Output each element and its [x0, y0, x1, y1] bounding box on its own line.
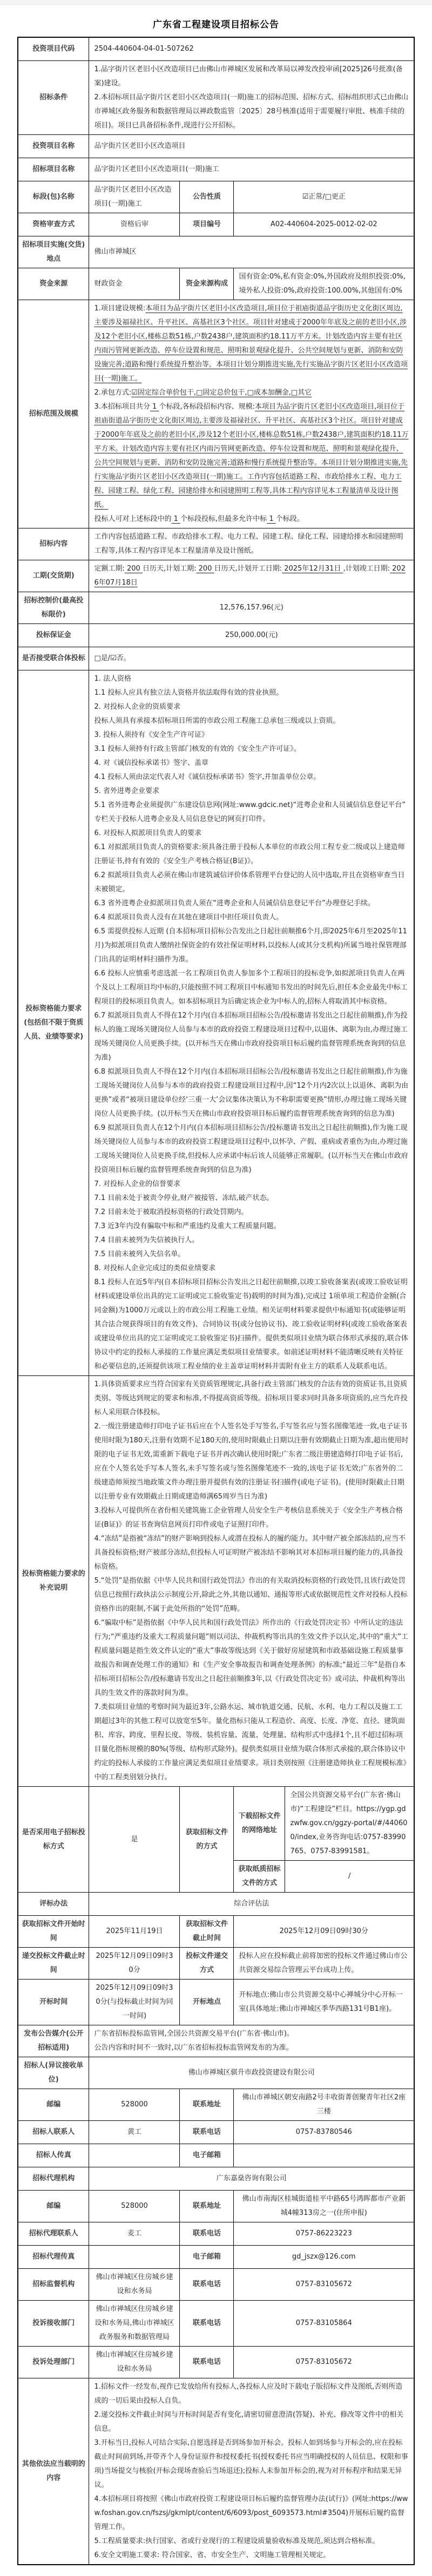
- paragraph: 投标人可对上述标段中的 1 个标段投标,但最多允许中标 1 个标段。: [94, 512, 409, 526]
- table-row: 邮编528000联系地址佛山市南海区桂城街道桂平中路65号鸿晖都市产业新城4幢3…: [18, 2191, 414, 2222]
- paragraph: 1.项目建设规模:本项目为品字街片区老旧小区改造项目,项目位于祖庙街道品字街历史…: [94, 302, 409, 386]
- row-value: 广东省招标投标监管网,全国公共资源交易平台(广东省·佛山市)。公告内容和时间不一…: [89, 2025, 414, 2057]
- text-segment: 投标人须具有承接本招标项目所需的市政公用工程施工总承包三级或以上资质。: [94, 717, 340, 725]
- row-label-2: 公告性质: [180, 181, 234, 213]
- announcement-table: 投资项目代码2504-440604-04-01-507262招标条件1.品字街片…: [17, 37, 415, 2565]
- row-label: 递交投标文件截止时间: [18, 1948, 89, 1980]
- row-value: 品字街片区老旧小区改造项目(一期)施工: [89, 181, 180, 213]
- paragraph: 2. 对投标人企业的资质要求: [94, 700, 409, 714]
- row-label: 招标人联系人: [18, 2121, 89, 2144]
- text-segment: 7.3 近3年内没有骗取中标和严重违约及重大工程质量问题。: [94, 1222, 280, 1230]
- text-segment: 6.6 投标人应慎重考虑选派一名工程项目负责人参加多个工程项目的投标竞争,如拟派…: [94, 970, 407, 1006]
- paragraph: 7.类似项目业绩的考察时间为最近3年,公路水运、城市轨道交通、民航、水利、电力工…: [94, 1700, 409, 1785]
- paragraph: 8.1 投标人在近5年内(自本招标项目招标公告发出之日起往前顺推,以竣工验收备案…: [94, 1276, 409, 1374]
- text-segment: 日历天,计划开工日期:: [214, 565, 282, 573]
- table-row: 递交投标文件截止时间2025年12月09日09时30分投标文件递交方式投标人应在…: [18, 1948, 414, 1980]
- table-row: 投资项目名称品字街片区老旧小区改造项目: [18, 135, 414, 158]
- text-segment: 5.1 省外进粤企业须提供广东建设信息网(网址:www.gdcic.net)“进…: [94, 801, 406, 823]
- paragraph: 定额工期: 200 日历天,计划工期: 200 日历天,计划开工日期: 2025…: [94, 562, 409, 590]
- text-segment: 广东省招标投标监管网,全国公共资源交易平台(广东省·佛山市)。: [94, 2030, 293, 2038]
- row-label-2: 联系电话: [180, 2269, 234, 2301]
- paragraph: 3.开标当日,投标人可结合实际,自愿选择是否到场参加开标会。投标人如到场参与开标…: [94, 2436, 409, 2492]
- table-row: 资金来源财政资金资金来源构成国有资金:0%,私有资金:0%,外国政府及组织投资:…: [18, 268, 414, 300]
- table-row: 招标控制价(最高投标限价)12,576,157.96(元): [18, 592, 414, 624]
- text-segment: 6.8 拟派项目负责人不得在12个月内(自本招标项目招标公告/投标邀请书发出之日…: [94, 1068, 408, 1118]
- row-value: 工作内容包括道路工程、市政给排水工程、电力工程、园建工程、绿化工程、园建给排水和…: [89, 528, 414, 560]
- paragraph: 3. 投标人须持有《安全生产许可证》: [94, 728, 409, 742]
- row-label: 招标代理传真: [18, 2246, 89, 2269]
- table-row: 评标办法综合评估法: [18, 1893, 414, 1916]
- underlined-text: ☑固定综合单价包干,□固定总价包干,□成本加酬金,□其它: [131, 389, 312, 397]
- row-label: 发布公告媒介(公开招标适用): [18, 2025, 89, 2057]
- sub-row: 获取纸质招标文件的方式/: [234, 1861, 414, 1893]
- subrow-label: 获取纸质招标文件的方式: [234, 1861, 285, 1893]
- table-row: 资格审查方式资格后审项目编号A02-440604-2025-0012-02-02: [18, 213, 414, 236]
- subrow-label: 下载招标文件的网络地址: [234, 1787, 285, 1861]
- text-segment: 7.4 目前未被列为失信被执行人。: [94, 1236, 199, 1244]
- underlined-text: 1: [267, 515, 276, 523]
- row-value: 528000: [89, 2089, 180, 2121]
- row-value: 1. 法人资格1.1 投标人应具有独立法人资格并依法取得有效的营业执照。2. 对…: [89, 670, 414, 1376]
- text-segment: 5.工程质量要求:执行国家、省或行业现行的工程建设质量验收标准及规范,须达到合格…: [94, 2537, 379, 2545]
- text-segment: 1.招标文件一经发布,视作已发放给所有投标人,各投标人应及时下载电子版招标文件及…: [94, 2383, 402, 2405]
- paragraph: 5.1 省外进粤企业须提供广东建设信息网(网址:www.gdcic.net)“进…: [94, 798, 409, 826]
- row-label: 招标项目实施(交货)地点: [18, 236, 89, 268]
- paragraph: 5. 省外进粤企业要求: [94, 784, 409, 798]
- paragraph: 2.承包方式:☑固定综合单价包干,□固定总价包干,□成本加酬金,□其它: [94, 386, 409, 400]
- text-segment: 6.9 拟派项目负责人在12个月内(自本招标项目招标公告/投标邀请书发出之日起往…: [94, 1124, 408, 1174]
- row-value: 12,576,157.96(元): [89, 592, 414, 624]
- text-segment: 4.1 投标人须由法定代表人对《诚信投标承诺书》签字,并加盖单位公章。: [94, 773, 320, 781]
- table-row: 是否采用电子招标投标方式是获取招标文件的方式下载招标文件的网络地址全国公共资源交…: [18, 1787, 414, 1893]
- row-label-2: 资金来源构成: [180, 268, 234, 300]
- row-value: 佛山市禅城区住房城乡建设和水务局: [89, 2347, 180, 2378]
- underlined-text: 本项目为品字街片区老旧小区改造项目,项目位于祖庙街道品字街历史文化街区周边,主要…: [94, 304, 408, 383]
- underlined-text: 200: [125, 565, 143, 573]
- row-label-2: 联系电话: [180, 2347, 234, 2378]
- table-row: 招标代理机构广东嘉燊咨询有限公司: [18, 2167, 414, 2191]
- row-value: 是: [89, 1787, 180, 1893]
- row-value: 250,000.00(元): [89, 624, 414, 647]
- paragraph: 7.4 目前未被列为失信被执行人。: [94, 1233, 409, 1248]
- table-row: 工期(交货期)定额工期: 200 日历天,计划工期: 200 日历天,计划开工日…: [18, 560, 414, 592]
- table-row: 获取招标文件开始时间2025年11月19日获取招标文件截止时间2025年12月0…: [18, 1916, 414, 1948]
- text-segment: 7. 对投标人企业的信誉要求: [94, 1180, 180, 1188]
- sub-row: 下载招标文件的网络地址全国公共资源交易平台(广东省·佛山市)“工程建设”栏目。h…: [234, 1787, 414, 1861]
- paragraph: 公告内容和时间不一致时,以广东省招标投标监管网发布的为准。: [94, 2041, 409, 2055]
- paragraph: 1.招标文件一经发布,视作已发放给所有投标人,各投标人应及时下载电子版招标文件及…: [94, 2380, 409, 2408]
- table-row: 邮编528000联系地址佛山市禅城区朝安南路2号丰收街菁创聚青年社区2座三楼: [18, 2089, 414, 2121]
- text-segment: 8.1 投标人在近5年内(自本招标项目招标公告发出之日起往前顺推,以竣工验收备案…: [94, 1278, 408, 1371]
- text-segment: 6. 对投标人拟派项目负责人的要求: [94, 829, 201, 837]
- paragraph: 6.“骗取中标”是指依据《中华人民共和国行政处罚法》所作出的《行政处罚决定书》中…: [94, 1616, 409, 1700]
- top-strip: [0, 0, 432, 5]
- row-value: 财政资金: [89, 268, 180, 300]
- paragraph: 6.5 需提供投标人近期 (自本招标项目招标公告发出之日起往前顺推6个月,即20…: [94, 925, 409, 967]
- row-value: 2025年12月09日09时30分: [89, 1948, 180, 1980]
- paragraph: 8. 对投标人企业完成过的类似业绩要求: [94, 1262, 409, 1276]
- paragraph: 4.1 投标人须由法定代表人对《诚信投标承诺书》签字,并加盖单位公章。: [94, 770, 409, 784]
- row-value-2: A02-440604-2025-0012-02-02: [234, 213, 414, 236]
- text-segment: 1.具体资质要求应当符合国家有关资质管理规定,具备行政主管部门核发的合法有效的资…: [94, 1380, 407, 1416]
- paragraph: 6.2 拟派项目负责人必须在佛山市建筑诚信评价体系管理平台登记的人员中选取,并且…: [94, 869, 409, 897]
- text-segment: 1. 法人资格: [94, 675, 131, 683]
- paragraph: 2.本招标项目品字街片区老旧小区改造项目(一期)施工的招标范围、招标方式、招标组…: [94, 91, 409, 133]
- row-label: 投资项目名称: [18, 135, 89, 158]
- paragraph: 6.9 拟派项目负责人在12个月内(自本招标项目招标公告/投标邀请书发出之日起往…: [94, 1121, 409, 1177]
- row-value: 1.项目建设规模:本项目为品字街片区老旧小区改造项目,项目位于祖庙街道品字街历史…: [89, 300, 414, 528]
- text-segment: 4. 对《诚信投标承诺书》签字、盖章: [94, 759, 208, 767]
- text-segment: 6.“骗取中标”是指依据《中华人民共和国行政处罚法》所作出的《行政处罚决定书》中…: [94, 1619, 408, 1697]
- text-segment: 定额工期:: [94, 565, 124, 573]
- table-row: 开标时间2025年12月09日09时30分(与投标截止时间为同一时间)开标地点开…: [18, 1980, 414, 2025]
- table-row: 招标监督机构佛山市禅城区住房城乡建设和水务局联系电话0757-83105672: [18, 2269, 414, 2301]
- text-segment: 2.承包方式:: [94, 389, 131, 397]
- table-row: 招标项目名称品字街片区老旧小区改造项目(一期)施工: [18, 158, 414, 181]
- row-label: 获取招标文件开始时间: [18, 1916, 89, 1948]
- row-label: 投标资格能力要求的补充说明: [18, 1376, 89, 1787]
- text-segment: 公告内容和时间不一致时,以广东省招标投标监管网发布的为准。: [94, 2044, 293, 2052]
- underlined-text: 200: [196, 565, 214, 573]
- text-segment: 个标段,各标段招标内容、规模:: [159, 403, 255, 411]
- table-row: 招标条件1.品字街片区老旧小区改造项目已由佛山市禅城区发展和改革局以禅发改投审函…: [18, 61, 414, 135]
- table-row: 其他依法应当载明的内容1.招标文件一经发布,视作已发放给所有投标人,各投标人应及…: [18, 2378, 414, 2565]
- paragraph: 1. 法人资格: [94, 672, 409, 686]
- table-row: 招标代理联系人麦工联系电话0757-86223223: [18, 2222, 414, 2246]
- paragraph: 4.本招标项目将按照《佛山市政府投资工程建设项目标后履约监督管理办法(试行)》(…: [94, 2492, 409, 2534]
- row-value: 品字街片区老旧小区改造项目: [89, 135, 414, 158]
- paragraph: 6.3 省外进粤企业拟派项目负责人须在“进粤企业和人员诚信信息登记平台”办理登记…: [94, 897, 409, 911]
- table-row: 投诉处理部门佛山市禅城区住房城乡建设和水务局联系电话0757-83105672: [18, 2347, 414, 2378]
- paragraph: 6.6 投标人应慎重考虑选派一名工程项目负责人参加多个工程项目的投标竞争,如拟派…: [94, 967, 409, 1009]
- row-label: 评标办法: [18, 1893, 89, 1916]
- paragraph: 6.1 对拟派项目负责人的资格要求:须具备注册于投标人本单位的市政公用工程专业二…: [94, 840, 409, 869]
- text-segment: 日历天,计划工期:: [143, 565, 197, 573]
- row-value: 佛山市禅城区: [89, 236, 414, 268]
- row-label-2: 联系电话: [180, 2222, 234, 2246]
- row-value: 528000: [89, 2191, 180, 2222]
- paragraph: 6.4 拟派项目负责人没有在其他在建项目中担任项目负责人。: [94, 911, 409, 925]
- row-value: 麦工: [89, 2222, 180, 2246]
- row-label: 资金来源: [18, 268, 89, 300]
- row-value: 2025年11月19日: [89, 1916, 180, 1948]
- table-row: 标段(包)名称品字街片区老旧小区改造项目(一期)施工公告性质☑正常/□更正: [18, 181, 414, 213]
- row-value: 资格后审: [89, 213, 180, 236]
- paragraph: 2.一级注册建造师打印电子证书后应在个人签名处手写签名,手写签名应与签名图像笔迹…: [94, 1420, 409, 1504]
- row-label: 投资项目代码: [18, 37, 89, 61]
- row-label-2: 联系电话: [180, 2121, 234, 2144]
- text-segment: 3.投标人可提供所在省份相关建筑施工企业管理人员安全生产考核信息系统关于《安全生…: [94, 1507, 402, 1529]
- subrow-value: /: [285, 1861, 414, 1893]
- row-label: 邮编: [18, 2191, 89, 2222]
- text-segment: 2.递交投标文件截止时间与开标时间是否有变化,请密切留意澄清(答疑)、补充、修改…: [94, 2411, 403, 2433]
- paragraph: 6.安全文明施工要求: 符合国家、省、市安全生产、文明施工管理相关规定。: [94, 2548, 409, 2563]
- text-segment: 7.5 目前未被列入失信名单。: [94, 1250, 185, 1258]
- text-segment: 1.1 投标人应具有独立法人资格并依法取得有效的营业执照。: [94, 689, 283, 697]
- row-value: 品字街片区老旧小区改造项目(一期)施工: [89, 158, 414, 181]
- row-label: 投诉处理部门: [18, 2347, 89, 2378]
- row-label: 招标代理机构: [18, 2167, 89, 2191]
- file-acquisition-subtable: 下载招标文件的网络地址全国公共资源交易平台(广东省·佛山市)“工程建设”栏目。h…: [234, 1787, 414, 1892]
- table-row: 是否接受联合体投标□是/☑否。: [18, 647, 414, 670]
- table-row: 发布公告媒介(公开招标适用)广东省招标投标监管网,全国公共资源交易平台(广东省·…: [18, 2025, 414, 2057]
- row-value-2: 0757-83780546: [234, 2121, 414, 2144]
- text-segment: 1.品字街片区老旧小区改造项目已由佛山市禅城区发展和改革局以禅发改投审函[202…: [94, 65, 402, 87]
- row-value-2: 开标地点:佛山市公共资源交易中心禅城分中心开标一室(具体地址:佛山市禅城区季华西…: [234, 1980, 414, 2025]
- row-label-2: 电子邮箱: [180, 2246, 234, 2269]
- text-segment: 6.安全文明施工要求: 符合国家、省、市安全生产、文明施工管理相关规定。: [94, 2551, 330, 2559]
- text-segment: 3. 投标人须持有《安全生产许可证》: [94, 731, 208, 739]
- paragraph: 7.3 近3年内没有骗取中标和严重违约及重大工程质量问题。: [94, 1219, 409, 1233]
- page-title: 广东省工程建设项目招标公告: [0, 17, 432, 30]
- text-segment: 7.类似项目业绩的考察时间为最近3年,公路水运、城市轨道交通、民航、水利、电力工…: [94, 1703, 407, 1781]
- table-row: 招标代理传真电子邮箱gd_jszx@126.com: [18, 2246, 414, 2269]
- row-label: 招标监督机构: [18, 2269, 89, 2301]
- text-segment: 个标段投标,但最多允许中标: [180, 515, 267, 523]
- row-label: 投诉接收部门: [18, 2301, 89, 2347]
- paragraph: 7.1 目前未处于被责令停业,财产被接管、冻结,破产状态。: [94, 1191, 409, 1205]
- text-segment: 5.“处罚”是指依据《中华人民共和国行政处罚法》作出的有关取消投标资格的行政处罚…: [94, 1577, 407, 1613]
- table-row: 投资项目代码2504-440604-04-01-507262: [18, 37, 414, 61]
- announcement-table-body: 投资项目代码2504-440604-04-01-507262招标条件1.品字街片…: [18, 37, 414, 2565]
- paragraph: 6.8 拟派项目负责人不得在12个月内(自本招标项目招标公告/投标邀请书发出之日…: [94, 1065, 409, 1121]
- paragraph: 6. 对投标人拟派项目负责人的要求: [94, 826, 409, 840]
- row-label: 标段(包)名称: [18, 181, 89, 213]
- row-label: 招标内容: [18, 528, 89, 560]
- subrow-value: 全国公共资源交易平台(广东省·佛山市)“工程建设”栏目。https://ygp.…: [285, 1787, 414, 1861]
- text-segment: 7.1 目前未处于被责令停业,财产被接管、冻结,破产状态。: [94, 1194, 273, 1202]
- row-value: 黄工: [89, 2121, 180, 2144]
- row-label: 招标控制价(最高投标限价): [18, 592, 89, 624]
- table-row: 投标资格能力要求的补充说明1.具体资质要求应当符合国家有关资质管理规定,具备行政…: [18, 1376, 414, 1787]
- text-segment: 6.5 需提供投标人近期 (自本招标项目招标公告发出之日起往前顺推6个月,即20…: [94, 927, 407, 964]
- paragraph: 4. 对《诚信投标承诺书》签字、盖章: [94, 756, 409, 770]
- paragraph: 7. 对投标人企业的信誉要求: [94, 1177, 409, 1191]
- text-segment: 7.2 目前未处于被取消投标资格的行政处罚期内。: [94, 1208, 248, 1216]
- row-label: 投标资格能力要求(包括但不限于资质人员、业绩等要求): [18, 670, 89, 1376]
- underlined-text: 1: [150, 403, 159, 411]
- paragraph: 4.“冻结”是指被“冻结”的财产影响到投标人或潜在投标人的履约能力。其中财产被全…: [94, 1532, 409, 1574]
- text-segment: 3.开标当日,投标人可结合实际,自愿选择是否到场参加开标会。投标人如到场参与开标…: [94, 2439, 408, 2489]
- row-value-2: 0757-83105672: [234, 2347, 414, 2378]
- row-label: 招标人传真: [18, 2144, 89, 2167]
- table-row: 投标资格能力要求(包括但不限于资质人员、业绩等要求)1. 法人资格1.1 投标人…: [18, 670, 414, 1376]
- text-segment: 4.“冻结”是指被“冻结”的财产影响到投标人或潜在投标人的履约能力。其中财产被全…: [94, 1535, 405, 1571]
- row-value: □是/☑否。: [89, 647, 414, 670]
- underlined-text: 2025年12月31日: [282, 565, 343, 573]
- paragraph: 2.递交投标文件截止时间与开标时间是否有变化,请密切留意澄清(答疑)、补充、修改…: [94, 2408, 409, 2436]
- row-value: 综合评估法: [89, 1893, 414, 1916]
- paragraph: 1.1 投标人应具有独立法人资格并依法取得有效的营业执照。: [94, 686, 409, 700]
- row-value: 佛山市禅城区住房城乡建设和水务局: [89, 2269, 180, 2301]
- row-value-2: 0757-83105672: [234, 2269, 414, 2301]
- paragraph: 1.具体资质要求应当符合国家有关资质管理规定,具备行政主管部门核发的合法有效的资…: [94, 1378, 409, 1420]
- text-segment: ,计划竣工日期:: [343, 565, 390, 573]
- row-label: 邮编: [18, 2089, 89, 2121]
- text-segment: 2. 对投标人企业的资质要求: [94, 703, 180, 711]
- paragraph: 广东省招标投标监管网,全国公共资源交易平台(广东省·佛山市)。: [94, 2027, 409, 2041]
- text-segment: 6.4 拟派项目负责人没有在其他在建项目中担任项目负责人。: [94, 913, 283, 921]
- row-label-2: 投标文件递交方式: [180, 1948, 234, 1980]
- row-value: 定额工期: 200 日历天,计划工期: 200 日历天,计划开工日期: 2025…: [89, 560, 414, 592]
- row-label-2: 获取招标文件的方式: [180, 1787, 234, 1893]
- row-value-2: ☑正常/□更正: [234, 181, 414, 213]
- table-row: 招标项目实施(交货)地点佛山市禅城区: [18, 236, 414, 268]
- row-label: 资格审查方式: [18, 213, 89, 236]
- paragraph: 5.工程质量要求:执行国家、省或行业现行的工程建设质量验收标准及规范,须达到合格…: [94, 2534, 409, 2548]
- row-value: 佛山市禅城区骐升市政投资建设有限公司: [89, 2057, 414, 2089]
- row-label: 是否接受联合体投标: [18, 647, 89, 670]
- row-label: 投标保证金: [18, 624, 89, 647]
- table-row: 投标保证金250,000.00(元): [18, 624, 414, 647]
- row-value: 1.品字街片区老旧小区改造项目已由佛山市禅城区发展和改革局以禅发改投审函[202…: [89, 61, 414, 135]
- paragraph: 6.7 拟派项目负责人不得在12个月内(自本招标项目招标公告/投标邀请书发出之日…: [94, 1009, 409, 1065]
- paragraph: 3.本招标项目共分 1 个标段,各标段招标内容、规模:本项目为品字街片区老旧小区…: [94, 400, 409, 512]
- text-segment: 2.一级注册建造师打印电子证书后应在个人签名处手写签名,手写签名应与签名图像笔迹…: [94, 1422, 408, 1501]
- row-label-2: 联系电话: [180, 2301, 234, 2347]
- row-label: 是否采用电子招标投标方式: [18, 1787, 89, 1893]
- row-label: 其他依法应当载明的内容: [18, 2378, 89, 2565]
- row-label: 招标范围及规模: [18, 300, 89, 528]
- row-value-2: 0757-83105864: [234, 2301, 414, 2347]
- text-segment: 3.1 投标人须持有行政主管部门核发的有效的《安全生产许可证》。: [94, 745, 300, 753]
- text-segment: 投标人可对上述标段中的: [94, 515, 171, 523]
- table-row: 招标人(异议接收单位)佛山市禅城区骐升市政投资建设有限公司: [18, 2057, 414, 2089]
- text-segment: 6.2 拟派项目负责人必须在佛山市建筑诚信评价体系管理平台登记的人员中选取,并且…: [94, 871, 404, 893]
- row-value-2: 投标人应在投标截止前将加密的投标文件通过佛山市公共资源交易综合管理云平台成功上传…: [234, 1948, 414, 1980]
- row-label: 招标条件: [18, 61, 89, 135]
- row-value-2: 佛山市南海区桂城街道桂平中路65号鸿晖都市产业新城4幢313房之一(住所申报): [234, 2191, 414, 2222]
- row-value-2: 国有资金:0%,私有资金:0%,外国政府及组织投资:0%,境外私人投资:0%,政…: [234, 268, 414, 300]
- row-label: 招标项目名称: [18, 158, 89, 181]
- row-value: 1.招标文件一经发布,视作已发放给所有投标人,各投标人应及时下载电子版招标文件及…: [89, 2378, 414, 2565]
- row-value: 1.具体资质要求应当符合国家有关资质管理规定,具备行政主管部门核发的合法有效的资…: [89, 1376, 414, 1787]
- text-segment: 6.1 对拟派项目负责人的资格要求:须具备注册于投标人本单位的市政公用工程专业二…: [94, 843, 404, 865]
- row-value: [89, 2144, 180, 2167]
- row-label-2: 电子邮箱: [180, 2144, 234, 2167]
- row-value: [89, 2246, 180, 2269]
- row-label-2: 联系地址: [180, 2089, 234, 2121]
- underlined-text: 1: [172, 515, 181, 523]
- underlined-text: 本项目为品字街片区老旧小区改造项目,项目位于祖庙街道品字街历史文化街区周边,主要…: [94, 403, 408, 509]
- text-segment: 6.7 拟派项目负责人不得在12个月内(自本招标项目招标公告/投标邀请书发出之日…: [94, 1012, 407, 1062]
- paragraph: 3.1 投标人须持有行政主管部门核发的有效的《安全生产许可证》。: [94, 742, 409, 756]
- row-label-2: 获取招标文件截止时间: [180, 1916, 234, 1948]
- table-row: 招标人联系人黄工联系电话0757-83780546: [18, 2121, 414, 2144]
- paragraph: 投标人须具有承接本招标项目所需的市政公用工程施工总承包三级或以上资质。: [94, 714, 409, 728]
- text-segment: 3.本招标项目共分: [94, 403, 150, 411]
- text-segment: 5. 省外进粤企业要求: [94, 787, 159, 795]
- text-segment: 个标段。: [276, 515, 304, 523]
- table-row: 投诉接收部门佛山市禅城区住房城乡建设和水务局,佛山市禅城区政务服务和数据管理局联…: [18, 2301, 414, 2347]
- row-label-2: 开标地点: [180, 1980, 234, 2025]
- paragraph: 5.“处罚”是指依据《中华人民共和国行政处罚法》作出的有关取消投标资格的行政处罚…: [94, 1574, 409, 1616]
- paragraph: 7.5 目前未被列入失信名单。: [94, 1248, 409, 1262]
- row-value: 佛山市禅城区住房城乡建设和水务局,佛山市禅城区政务服务和数据管理局: [89, 2301, 180, 2347]
- text-segment: 8. 对投标人企业完成过的类似业绩要求: [94, 1264, 215, 1272]
- paragraph: 3.投标人可提供所在省份相关建筑施工企业管理人员安全生产考核信息系统关于《安全生…: [94, 1504, 409, 1532]
- table-row: 招标内容工作内容包括道路工程、市政给排水工程、电力工程、园建工程、绿化工程、园建…: [18, 528, 414, 560]
- row-value-2: 2025年12月09日09时30分: [234, 1916, 414, 1948]
- row-label-2: 项目编号: [180, 213, 234, 236]
- row-label: 工期(交货期): [18, 560, 89, 592]
- row-value-2: [234, 2144, 414, 2167]
- paragraph: 7.2 目前未处于被取消投标资格的行政处罚期内。: [94, 1205, 409, 1219]
- text-segment: 1.项目建设规模:: [94, 304, 145, 313]
- row-label: 开标时间: [18, 1980, 89, 2025]
- row-label: 招标代理联系人: [18, 2222, 89, 2246]
- row-value-2: 0757-86223223: [234, 2222, 414, 2246]
- table-row: 招标范围及规模1.项目建设规模:本项目为品字街片区老旧小区改造项目,项目位于祖庙…: [18, 300, 414, 528]
- row-value: 2025年12月09日09时30分(与投标截止时间为同一时间): [89, 1980, 180, 2025]
- text-segment: 2.本招标项目品字街片区老旧小区改造项目(一期)施工的招标范围、招标方式、招标组…: [94, 93, 408, 130]
- text-segment: 4.本招标项目将按照《佛山市政府投资工程建设项目标后履约监督管理办法(试行)》(…: [94, 2495, 408, 2531]
- table-row: 招标人传真电子邮箱: [18, 2144, 414, 2167]
- row-value-2: 佛山市禅城区朝安南路2号丰收街菁创聚青年社区2座三楼: [234, 2089, 414, 2121]
- row-value: 2504-440604-04-01-507262: [89, 37, 414, 61]
- text-segment: 6.3 省外进粤企业拟派项目负责人须在“进粤企业和人员诚信信息登记平台”办理登记…: [94, 899, 374, 907]
- row-value-2: gd_jszx@126.com: [234, 2246, 414, 2269]
- row-label-2: 联系地址: [180, 2191, 234, 2222]
- row-subtable-cell: 下载招标文件的网络地址全国公共资源交易平台(广东省·佛山市)“工程建设”栏目。h…: [234, 1787, 414, 1893]
- row-value: 广东嘉燊咨询有限公司: [89, 2167, 414, 2191]
- paragraph: 1.品字街片区老旧小区改造项目已由佛山市禅城区发展和改革局以禅发改投审函[202…: [94, 63, 409, 91]
- row-label: 招标人(异议接收单位): [18, 2057, 89, 2089]
